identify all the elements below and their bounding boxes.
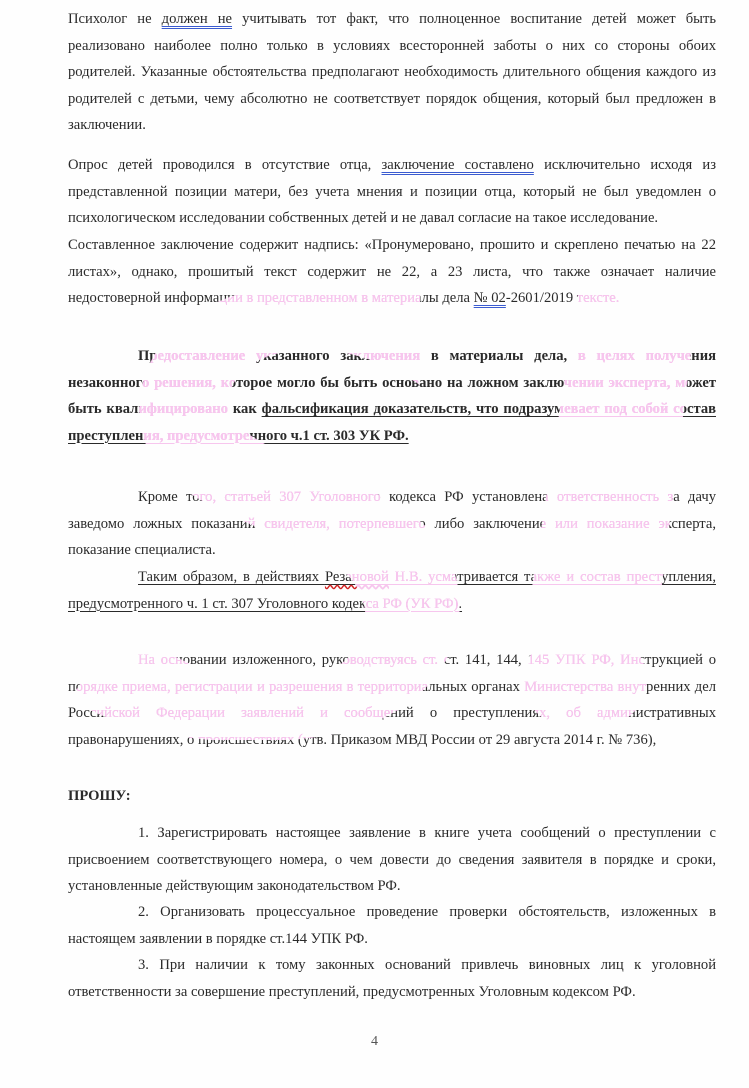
document-page: Психолог не должен не учитывать тот факт… — [0, 0, 749, 1088]
spellcheck-marked-text: Резановой — [325, 569, 389, 585]
paragraph-psychologist: Психолог не должен не учитывать тот факт… — [68, 6, 716, 139]
spellcheck-marked-text: заключение составлено — [382, 157, 534, 173]
spellcheck-marked-text: должен не — [162, 11, 232, 27]
text-run: Кроме того, статьей 307 Уголовного кодек… — [68, 489, 716, 558]
spellcheck-marked-text: № 02 — [474, 290, 506, 306]
paragraph-pages: Составленное заключение содержит надпись… — [68, 232, 716, 312]
paragraph-article-307: Кроме того, статьей 307 Уголовного кодек… — [68, 484, 716, 564]
request-heading: ПРОШУ: — [68, 788, 131, 805]
text-run: Таким образом, в действиях — [138, 569, 325, 585]
text-run: учитывать тот факт, что полноценное восп… — [68, 11, 716, 133]
text-run: -2601/2019 тексте. — [506, 290, 620, 306]
request-item-3: 3. При наличии к тому законных оснований… — [68, 952, 716, 1005]
text-run: На основании изложенного, руководствуясь… — [68, 652, 716, 748]
paragraph-survey: Опрос детей проводился в отсутствие отца… — [68, 152, 716, 232]
text-run: Опрос детей проводился в отсутствие отца… — [68, 157, 382, 173]
request-item-2: 2. Организовать процессуальное проведени… — [68, 899, 716, 952]
text-run: Психолог не — [68, 11, 162, 27]
paragraph-basis: На основании изложенного, руководствуясь… — [68, 647, 716, 753]
paragraph-conclusion: Таким образом, в действиях Резановой Н.В… — [68, 564, 716, 617]
page-number: 4 — [0, 1034, 749, 1050]
paragraph-falsification: Предоставление указанного заключения в м… — [68, 343, 716, 449]
request-item-1: 1. Зарегистрировать настоящее заявление … — [68, 820, 716, 900]
